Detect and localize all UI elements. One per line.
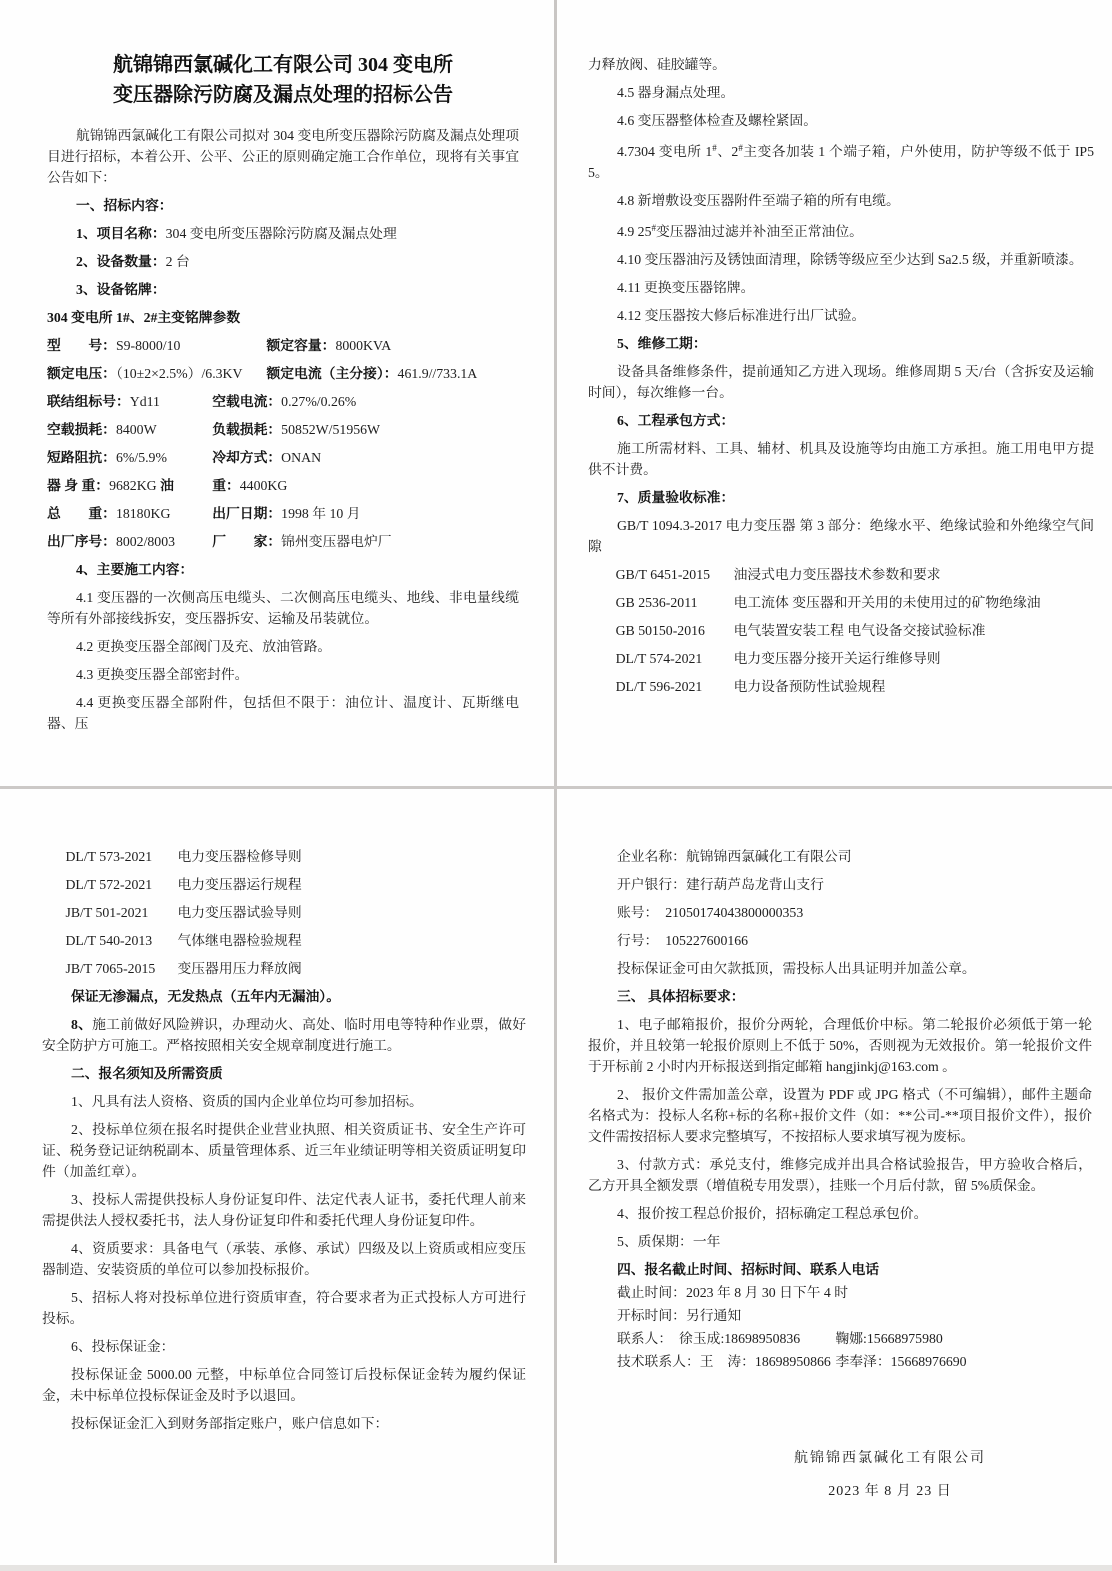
- paragraph: 7、质量验收标准：: [588, 487, 1094, 508]
- paragraph: 开标时间：另行通知: [588, 1305, 1092, 1326]
- spec-cell: 总 重：18180KG: [47, 503, 212, 524]
- text-run: 5、质保期：一年: [617, 1234, 720, 1249]
- paragraph: GB/T 1094.3-2017 电力变压器 第 3 部分：绝缘水平、绝缘试验和…: [588, 515, 1094, 557]
- nameplate-spec-row: 额定电压：（10±2×2.5%）/6.3KV额定电流（主分接）：461.9//7…: [47, 363, 519, 384]
- paragraph: 三、 具体招标要求：: [588, 986, 1092, 1007]
- text-run: 4、主要施工内容：: [76, 562, 193, 577]
- standard-row: GB/T 6451-2015油浸式电力变压器技术参数和要求: [588, 564, 1094, 585]
- text-run: 出厂日期：: [212, 506, 281, 521]
- spec-cell: 型 号：S9-8000/10: [47, 335, 266, 356]
- nameplate-spec-row: 型 号：S9-8000/10额定容量：8000KVA: [47, 335, 519, 356]
- paragraph: 账号： 21050174043800000353: [588, 902, 1092, 923]
- text-run: 额定电压：: [47, 366, 116, 381]
- text-run: 力释放阀、硅胶罐等。: [588, 57, 726, 72]
- text-run: 2、 报价文件需加盖公章，设置为 PDF 或 JPG 格式（不可编辑），邮件主题…: [588, 1087, 1092, 1144]
- paragraph: 6、投标保证金：: [42, 1336, 526, 1357]
- text-run: 2、设备数量：: [76, 254, 166, 269]
- text-run: 四、报名截止时间、招标时间、联系人电话: [617, 1262, 879, 1277]
- text-run: 4.10 变压器油污及锈蚀面清理，除锈等级应至少达到 Sa2.5 级，并重新喷漆…: [617, 252, 1083, 267]
- spec-cell: 重：4400KG: [212, 475, 287, 496]
- text-run: 4.3 更换变压器全部密封件。: [76, 667, 248, 682]
- text-run: 2 台: [166, 254, 190, 269]
- text-run: 8000KVA: [335, 338, 391, 353]
- spec-cell: 器 身 重：9682KG 油: [47, 475, 212, 496]
- paragraph: 四、报名截止时间、招标时间、联系人电话: [588, 1259, 1092, 1280]
- standard-name: 电力设备预防性试验规程: [734, 676, 1094, 697]
- paragraph: 4、资质要求：具备电气（承装、承修、承试）四级及以上资质或相应变压器制造、安装资…: [42, 1238, 526, 1280]
- document-page: 航锦锦西氯碱化工有限公司 304 变电所 变压器除污防腐及漏点处理的招标公告 航…: [0, 0, 1112, 1571]
- text-run: 器 身 重：: [47, 478, 109, 493]
- contact-row: 技术联系人：王 涛：18698950866李奉泽：15668976690: [588, 1351, 1092, 1372]
- standard-name: 电气装置安装工程 电气设备交接试验标准: [734, 620, 1094, 641]
- horizontal-page-divider: [0, 786, 1112, 789]
- text-run: 投标保证金可由欠款抵顶，需投标人出具证明并加盖公章。: [617, 961, 976, 976]
- text-run: 联结组标号：: [47, 394, 130, 409]
- nameplate-spec-row: 空载损耗：8400W负载损耗：50852W/51956W: [47, 419, 519, 440]
- paragraph: 5、招标人将对投标单位进行资质审查，符合要求者为正式投标人方可进行投标。: [42, 1287, 526, 1329]
- text-run: 8400W: [116, 422, 157, 437]
- paragraph: 施工所需材料、工具、辅材、机具及设施等均由施工方承担。施工用电甲方提供不计费。: [588, 438, 1094, 480]
- text-run: 5、维修工期：: [617, 336, 707, 351]
- text-run: 投标保证金汇入到财务部指定账户，账户信息如下：: [71, 1416, 388, 1431]
- standard-row: DL/T 540-2013气体继电器检验规程: [42, 930, 526, 951]
- text-run: 二、报名须知及所需资质: [71, 1066, 223, 1081]
- paragraph: 5、质保期：一年: [588, 1231, 1092, 1252]
- page1-left-column: 航锦锦西氯碱化工有限公司 304 变电所 变压器除污防腐及漏点处理的招标公告 航…: [47, 50, 519, 734]
- text-run: 6%/5.9%: [116, 450, 167, 465]
- vertical-page-divider: [554, 0, 557, 1563]
- standard-row: DL/T 574-2021电力变压器分接开关运行维修导则: [588, 648, 1094, 669]
- text-run: ONAN: [281, 450, 321, 465]
- standard-name: 油浸式电力变压器技术参数和要求: [734, 564, 1094, 585]
- nameplate-spec-row: 总 重：18180KG出厂日期：1998 年 10 月: [47, 503, 519, 524]
- text-run: 行号： 105227600166: [617, 933, 748, 948]
- text-run: 3、付款方式：承兑支付，维修完成并出具合格试验报告，甲方验收合格后，乙方开具全额…: [588, 1157, 1092, 1193]
- paragraph: 力释放阀、硅胶罐等。: [588, 54, 1094, 75]
- spec-cell: 负载损耗：50852W/51956W: [212, 419, 380, 440]
- standard-name: 电力变压器运行规程: [177, 874, 526, 895]
- text-run: 开标时间：另行通知: [617, 1308, 741, 1323]
- text-run: 企业名称：航锦锦西氯碱化工有限公司: [617, 849, 852, 864]
- paragraph: 4.11 更换变压器铭牌。: [588, 277, 1094, 298]
- spec-cell: 出厂日期：1998 年 10 月: [212, 503, 360, 524]
- paragraph: 4.9 25#变压器油过滤并补油至正常油位。: [588, 218, 1094, 242]
- text-run: 账号： 21050174043800000353: [617, 905, 803, 920]
- standard-row: GB 50150-2016电气装置安装工程 电气设备交接试验标准: [588, 620, 1094, 641]
- text-run: 三、 具体招标要求：: [617, 989, 745, 1004]
- page1-right-column: 力释放阀、硅胶罐等。4.5 器身漏点处理。4.6 变压器整体检查及螺栓紧固。4.…: [588, 54, 1094, 697]
- text-run: 1998 年 10 月: [281, 506, 360, 521]
- text-run: 额定容量：: [266, 338, 335, 353]
- paragraph: 4.2 更换变压器全部阀门及充、放油管路。: [47, 636, 519, 657]
- standard-row: GB 2536-2011电工流体 变压器和开关用的未使用过的矿物绝缘油: [588, 592, 1094, 613]
- text-run: 6、工程承包方式：: [617, 413, 734, 428]
- text-run: 重：: [212, 478, 240, 493]
- document-title-line2: 变压器除污防腐及漏点处理的招标公告: [47, 80, 519, 110]
- text-run: 461.9//733.1A: [398, 366, 478, 381]
- spec-cell: 额定电压：（10±2×2.5%）/6.3KV: [47, 363, 266, 384]
- paragraph: 4.5 器身漏点处理。: [588, 82, 1094, 103]
- spec-cell: 出厂序号：8002/8003: [47, 531, 212, 552]
- paragraph: 2、投标单位须在报名时提供企业营业执照、相关资质证书、安全生产许可证、税务登记证…: [42, 1119, 526, 1182]
- text-run: 8、: [71, 1017, 92, 1032]
- contact-row: 联系人： 徐玉成:18698950836鞠娜:15668975980: [588, 1328, 1092, 1349]
- standard-name: 电工流体 变压器和开关用的未使用过的矿物绝缘油: [734, 592, 1094, 613]
- paragraph: 4.8 新增敷设变压器附件至端子箱的所有电缆。: [588, 190, 1094, 211]
- paragraph: 截止时间：2023 年 8 月 30 日下午 4 时: [588, 1282, 1092, 1303]
- standard-code: DL/T 572-2021: [65, 874, 177, 895]
- nameplate-spec-row: 器 身 重：9682KG 油重：4400KG: [47, 475, 519, 496]
- text-run: 2、投标单位须在报名时提供企业营业执照、相关资质证书、安全生产许可证、税务登记证…: [42, 1122, 526, 1179]
- contact-cell: 鞠娜:15668975980: [835, 1328, 1092, 1349]
- text-run: 304 变电所变压器除污防腐及漏点处理: [166, 226, 397, 241]
- text-run: 1、项目名称：: [76, 226, 166, 241]
- text-run: GB/T 1094.3-2017 电力变压器 第 3 部分：绝缘水平、绝缘试验和…: [588, 518, 1094, 554]
- text-run: 1、电子邮箱报价，报价分两轮，合理低价中标。第二轮报价必须低于第一轮报价，并且较…: [588, 1017, 1092, 1074]
- text-run: 6、投标保证金：: [71, 1339, 174, 1354]
- text-run: 7、质量验收标准：: [617, 490, 734, 505]
- standard-code: DL/T 596-2021: [616, 676, 734, 697]
- standard-code: DL/T 574-2021: [616, 648, 734, 669]
- text-run: 变压器油过滤并补油至正常油位。: [656, 224, 863, 239]
- text-run: 投标保证金 5000.00 元整，中标单位合同签订后投标保证金转为履约保证金，未…: [42, 1367, 526, 1403]
- text-run: 负载损耗：: [212, 422, 281, 437]
- text-run: 油: [160, 478, 174, 493]
- page2-left-column: DL/T 573-2021电力变压器检修导则DL/T 572-2021电力变压器…: [42, 846, 526, 1434]
- standard-code: JB/T 7065-2015: [65, 958, 177, 979]
- text-run: 5、招标人将对投标单位进行资质审查，符合要求者为正式投标人方可进行投标。: [42, 1290, 526, 1326]
- text-run: 开户银行：建行葫芦岛龙背山支行: [617, 877, 824, 892]
- standard-name: 气体继电器检验规程: [177, 930, 526, 951]
- spec-cell: 空载电流：0.27%/0.26%: [212, 391, 356, 412]
- paragraph: 5、维修工期：: [588, 333, 1094, 354]
- text-run: 18180KG: [116, 506, 170, 521]
- text-run: 1、凡具有法人资格、资质的国内企业单位均可参加招标。: [71, 1094, 423, 1109]
- text-run: 3、投标人需提供投标人身份证复印件、法定代表人证书，委托代理人前来需提供法人授权…: [42, 1192, 526, 1228]
- text-run: 设备具备维修条件，提前通知乙方进入现场。维修周期 5 天/台（含拆安及运输时间）…: [588, 364, 1094, 400]
- paragraph: 行号： 105227600166: [588, 930, 1092, 951]
- paragraph: 3、投标人需提供投标人身份证复印件、法定代表人证书，委托代理人前来需提供法人授权…: [42, 1189, 526, 1231]
- spec-cell: 冷却方式：ONAN: [212, 447, 321, 468]
- standard-name: 电力变压器分接开关运行维修导则: [734, 648, 1094, 669]
- page2-right-column: 企业名称：航锦锦西氯碱化工有限公司开户银行：建行葫芦岛龙背山支行账号： 2105…: [588, 846, 1092, 1372]
- paragraph: 1、凡具有法人资格、资质的国内企业单位均可参加招标。: [42, 1091, 526, 1112]
- text-run: 锦州变压器电炉厂: [281, 534, 391, 549]
- nameplate-spec-row: 短路阻抗：6%/5.9%冷却方式：ONAN: [47, 447, 519, 468]
- paragraph: 保证无渗漏点，无发热点（五年内无漏油）。: [42, 986, 526, 1007]
- text-run: 一、招标内容：: [76, 198, 173, 213]
- text-run: S9-8000/10: [116, 338, 180, 353]
- text-run: 4.12 变压器按大修后标准进行出厂试验。: [617, 308, 865, 323]
- paragraph: 设备具备维修条件，提前通知乙方进入现场。维修周期 5 天/台（含拆安及运输时间）…: [588, 361, 1094, 403]
- paragraph: 2、设备数量：2 台: [47, 251, 519, 272]
- text-run: 4.5 器身漏点处理。: [617, 85, 734, 100]
- paragraph: 1、项目名称：304 变电所变压器除污防腐及漏点处理: [47, 223, 519, 244]
- paragraph: 4、报价按工程总价报价，招标确定工程总承包价。: [588, 1203, 1092, 1224]
- text-run: Yd11: [130, 394, 160, 409]
- text-run: 总 重：: [47, 506, 116, 521]
- text-run: 3、设备铭牌：: [76, 282, 166, 297]
- text-run: 施工前做好风险辨识，办理动火、高处、临时用电等特种作业票，做好安全防护方可施工。…: [42, 1017, 526, 1053]
- standard-name: 电力变压器检修导则: [177, 846, 526, 867]
- text-run: 4.4 更换变压器全部附件，包括但不限于：油位计、温度计、瓦斯继电器、压: [47, 695, 519, 731]
- paragraph: 6、工程承包方式：: [588, 410, 1094, 431]
- standard-row: DL/T 573-2021电力变压器检修导则: [42, 846, 526, 867]
- text-run: 空载电流：: [212, 394, 281, 409]
- spec-cell: 空载损耗：8400W: [47, 419, 212, 440]
- paragraph: 企业名称：航锦锦西氯碱化工有限公司: [588, 846, 1092, 867]
- spec-cell: 短路阻抗：6%/5.9%: [47, 447, 212, 468]
- document-title-line1: 航锦锦西氯碱化工有限公司 304 变电所: [47, 50, 519, 80]
- contact-cell: 技术联系人：王 涛：18698950866: [617, 1351, 836, 1372]
- text-run: 截止时间：2023 年 8 月 30 日下午 4 时: [617, 1285, 848, 1300]
- text-run: （10±2×2.5%）/6.3KV: [116, 366, 243, 381]
- text-run: 保证无渗漏点，无发热点（五年内无漏油）。: [71, 989, 340, 1004]
- spec-cell: 额定电流（主分接）：461.9//733.1A: [266, 363, 477, 384]
- paragraph: 航锦锦西氯碱化工有限公司拟对 304 变电所变压器除污防腐及漏点处理项目进行招标…: [47, 125, 519, 188]
- text-run: 4.11 更换变压器铭牌。: [617, 280, 754, 295]
- paragraph: 3、设备铭牌：: [47, 279, 519, 300]
- paragraph: 4.1 变压器的一次侧高压电缆头、二次侧高压电缆头、地线、非电量线缆等所有外部接…: [47, 587, 519, 629]
- standard-code: GB 50150-2016: [616, 620, 734, 641]
- paragraph: 1、电子邮箱报价，报价分两轮，合理低价中标。第二轮报价必须低于第一轮报价，并且较…: [588, 1014, 1092, 1077]
- text-run: 空载损耗：: [47, 422, 116, 437]
- text-run: 4.2 更换变压器全部阀门及充、放油管路。: [76, 639, 331, 654]
- text-run: 施工所需材料、工具、辅材、机具及设施等均由施工方承担。施工用电甲方提供不计费。: [588, 441, 1094, 477]
- text-run: 8002/8003: [116, 534, 175, 549]
- standard-name: 电力变压器试验导则: [177, 902, 526, 923]
- standard-code: DL/T 573-2021: [65, 846, 177, 867]
- paragraph: 4、主要施工内容：: [47, 559, 519, 580]
- bottom-edge-bar: [0, 1565, 1112, 1571]
- standard-row: DL/T 572-2021电力变压器运行规程: [42, 874, 526, 895]
- text-run: 304 变电所 1#、2#主变铭牌参数: [47, 310, 240, 325]
- text-run: 短路阻抗：: [47, 450, 116, 465]
- paragraph: 投标保证金 5000.00 元整，中标单位合同签订后投标保证金转为履约保证金，未…: [42, 1364, 526, 1406]
- standard-code: GB/T 6451-2015: [616, 564, 734, 585]
- standard-name: 变压器用压力释放阀: [177, 958, 526, 979]
- paragraph: 4.7304 变电所 1#、2#主变各加装 1 个端子箱，户外使用，防护等级不低…: [588, 138, 1094, 183]
- paragraph: 4.6 变压器整体检查及螺栓紧固。: [588, 110, 1094, 131]
- paragraph: 开户银行：建行葫芦岛龙背山支行: [588, 874, 1092, 895]
- paragraph: 4.4 更换变压器全部附件，包括但不限于：油位计、温度计、瓦斯继电器、压: [47, 692, 519, 734]
- paragraph: 一、招标内容：: [47, 195, 519, 216]
- text-run: 联系人： 徐玉成:18698950836: [617, 1331, 800, 1346]
- contact-cell: 李奉泽：15668976690: [835, 1351, 1092, 1372]
- standard-code: JB/T 501-2021: [65, 902, 177, 923]
- text-run: 0.27%/0.26%: [281, 394, 356, 409]
- spec-cell: 厂 家：锦州变压器电炉厂: [212, 531, 391, 552]
- paragraph: 二、报名须知及所需资质: [42, 1063, 526, 1084]
- paragraph: 4.10 变压器油污及锈蚀面清理，除锈等级应至少达到 Sa2.5 级，并重新喷漆…: [588, 249, 1094, 270]
- text-run: 李奉泽：15668976690: [835, 1354, 966, 1369]
- text-run: 鞠娜:15668975980: [835, 1331, 942, 1346]
- standard-row: DL/T 596-2021电力设备预防性试验规程: [588, 676, 1094, 697]
- text-run: 4.9 25: [617, 224, 652, 239]
- nameplate-spec-row: 联结组标号：Yd11空载电流：0.27%/0.26%: [47, 391, 519, 412]
- text-run: 4、报价按工程总价报价，招标确定工程总承包价。: [617, 1206, 927, 1221]
- text-run: 4.8 新增敷设变压器附件至端子箱的所有电缆。: [617, 193, 900, 208]
- text-run: 4400KG: [240, 478, 288, 493]
- signature-date: 2023 年 8 月 23 日: [588, 1481, 1092, 1502]
- standard-code: DL/T 540-2013: [65, 930, 177, 951]
- text-run: 额定电流（主分接）：: [266, 366, 397, 381]
- text-run: 4.6 变压器整体检查及螺栓紧固。: [617, 113, 817, 128]
- signature-block: 航锦锦西氯碱化工有限公司 2023 年 8 月 23 日: [588, 1448, 1092, 1502]
- standard-code: GB 2536-2011: [616, 592, 734, 613]
- paragraph: 304 变电所 1#、2#主变铭牌参数: [47, 307, 519, 328]
- text-run: 型 号：: [47, 338, 116, 353]
- paragraph: 2、 报价文件需加盖公章，设置为 PDF 或 JPG 格式（不可编辑），邮件主题…: [588, 1084, 1092, 1147]
- contact-cell: 联系人： 徐玉成:18698950836: [617, 1328, 836, 1349]
- text-run: 技术联系人：王 涛：18698950866: [617, 1354, 831, 1369]
- text-run: 50852W/51956W: [281, 422, 380, 437]
- paragraph: 8、施工前做好风险辨识，办理动火、高处、临时用电等特种作业票，做好安全防护方可施…: [42, 1014, 526, 1056]
- text-run: 航锦锦西氯碱化工有限公司拟对 304 变电所变压器除污防腐及漏点处理项目进行招标…: [47, 128, 519, 185]
- text-run: 出厂序号：: [47, 534, 116, 549]
- text-run: 厂 家：: [212, 534, 281, 549]
- nameplate-spec-row: 出厂序号：8002/8003厂 家：锦州变压器电炉厂: [47, 531, 519, 552]
- text-run: 9682KG: [109, 478, 160, 493]
- paragraph: 3、付款方式：承兑支付，维修完成并出具合格试验报告，甲方验收合格后，乙方开具全额…: [588, 1154, 1092, 1196]
- text-run: 4.7304 变电所 1: [617, 144, 712, 159]
- standard-row: JB/T 7065-2015变压器用压力释放阀: [42, 958, 526, 979]
- spec-cell: 额定容量：8000KVA: [266, 335, 391, 356]
- paragraph: 4.3 更换变压器全部密封件。: [47, 664, 519, 685]
- signature-company: 航锦锦西氯碱化工有限公司: [588, 1448, 1092, 1469]
- text-run: 、2: [717, 144, 739, 159]
- spec-cell: 联结组标号：Yd11: [47, 391, 212, 412]
- standard-row: JB/T 501-2021电力变压器试验导则: [42, 902, 526, 923]
- paragraph: 4.12 变压器按大修后标准进行出厂试验。: [588, 305, 1094, 326]
- paragraph: 投标保证金汇入到财务部指定账户，账户信息如下：: [42, 1413, 526, 1434]
- text-run: 冷却方式：: [212, 450, 281, 465]
- paragraph: 投标保证金可由欠款抵顶，需投标人出具证明并加盖公章。: [588, 958, 1092, 979]
- text-run: 4、资质要求：具备电气（承装、承修、承试）四级及以上资质或相应变压器制造、安装资…: [42, 1241, 526, 1277]
- text-run: 4.1 变压器的一次侧高压电缆头、二次侧高压电缆头、地线、非电量线缆等所有外部接…: [47, 590, 519, 626]
